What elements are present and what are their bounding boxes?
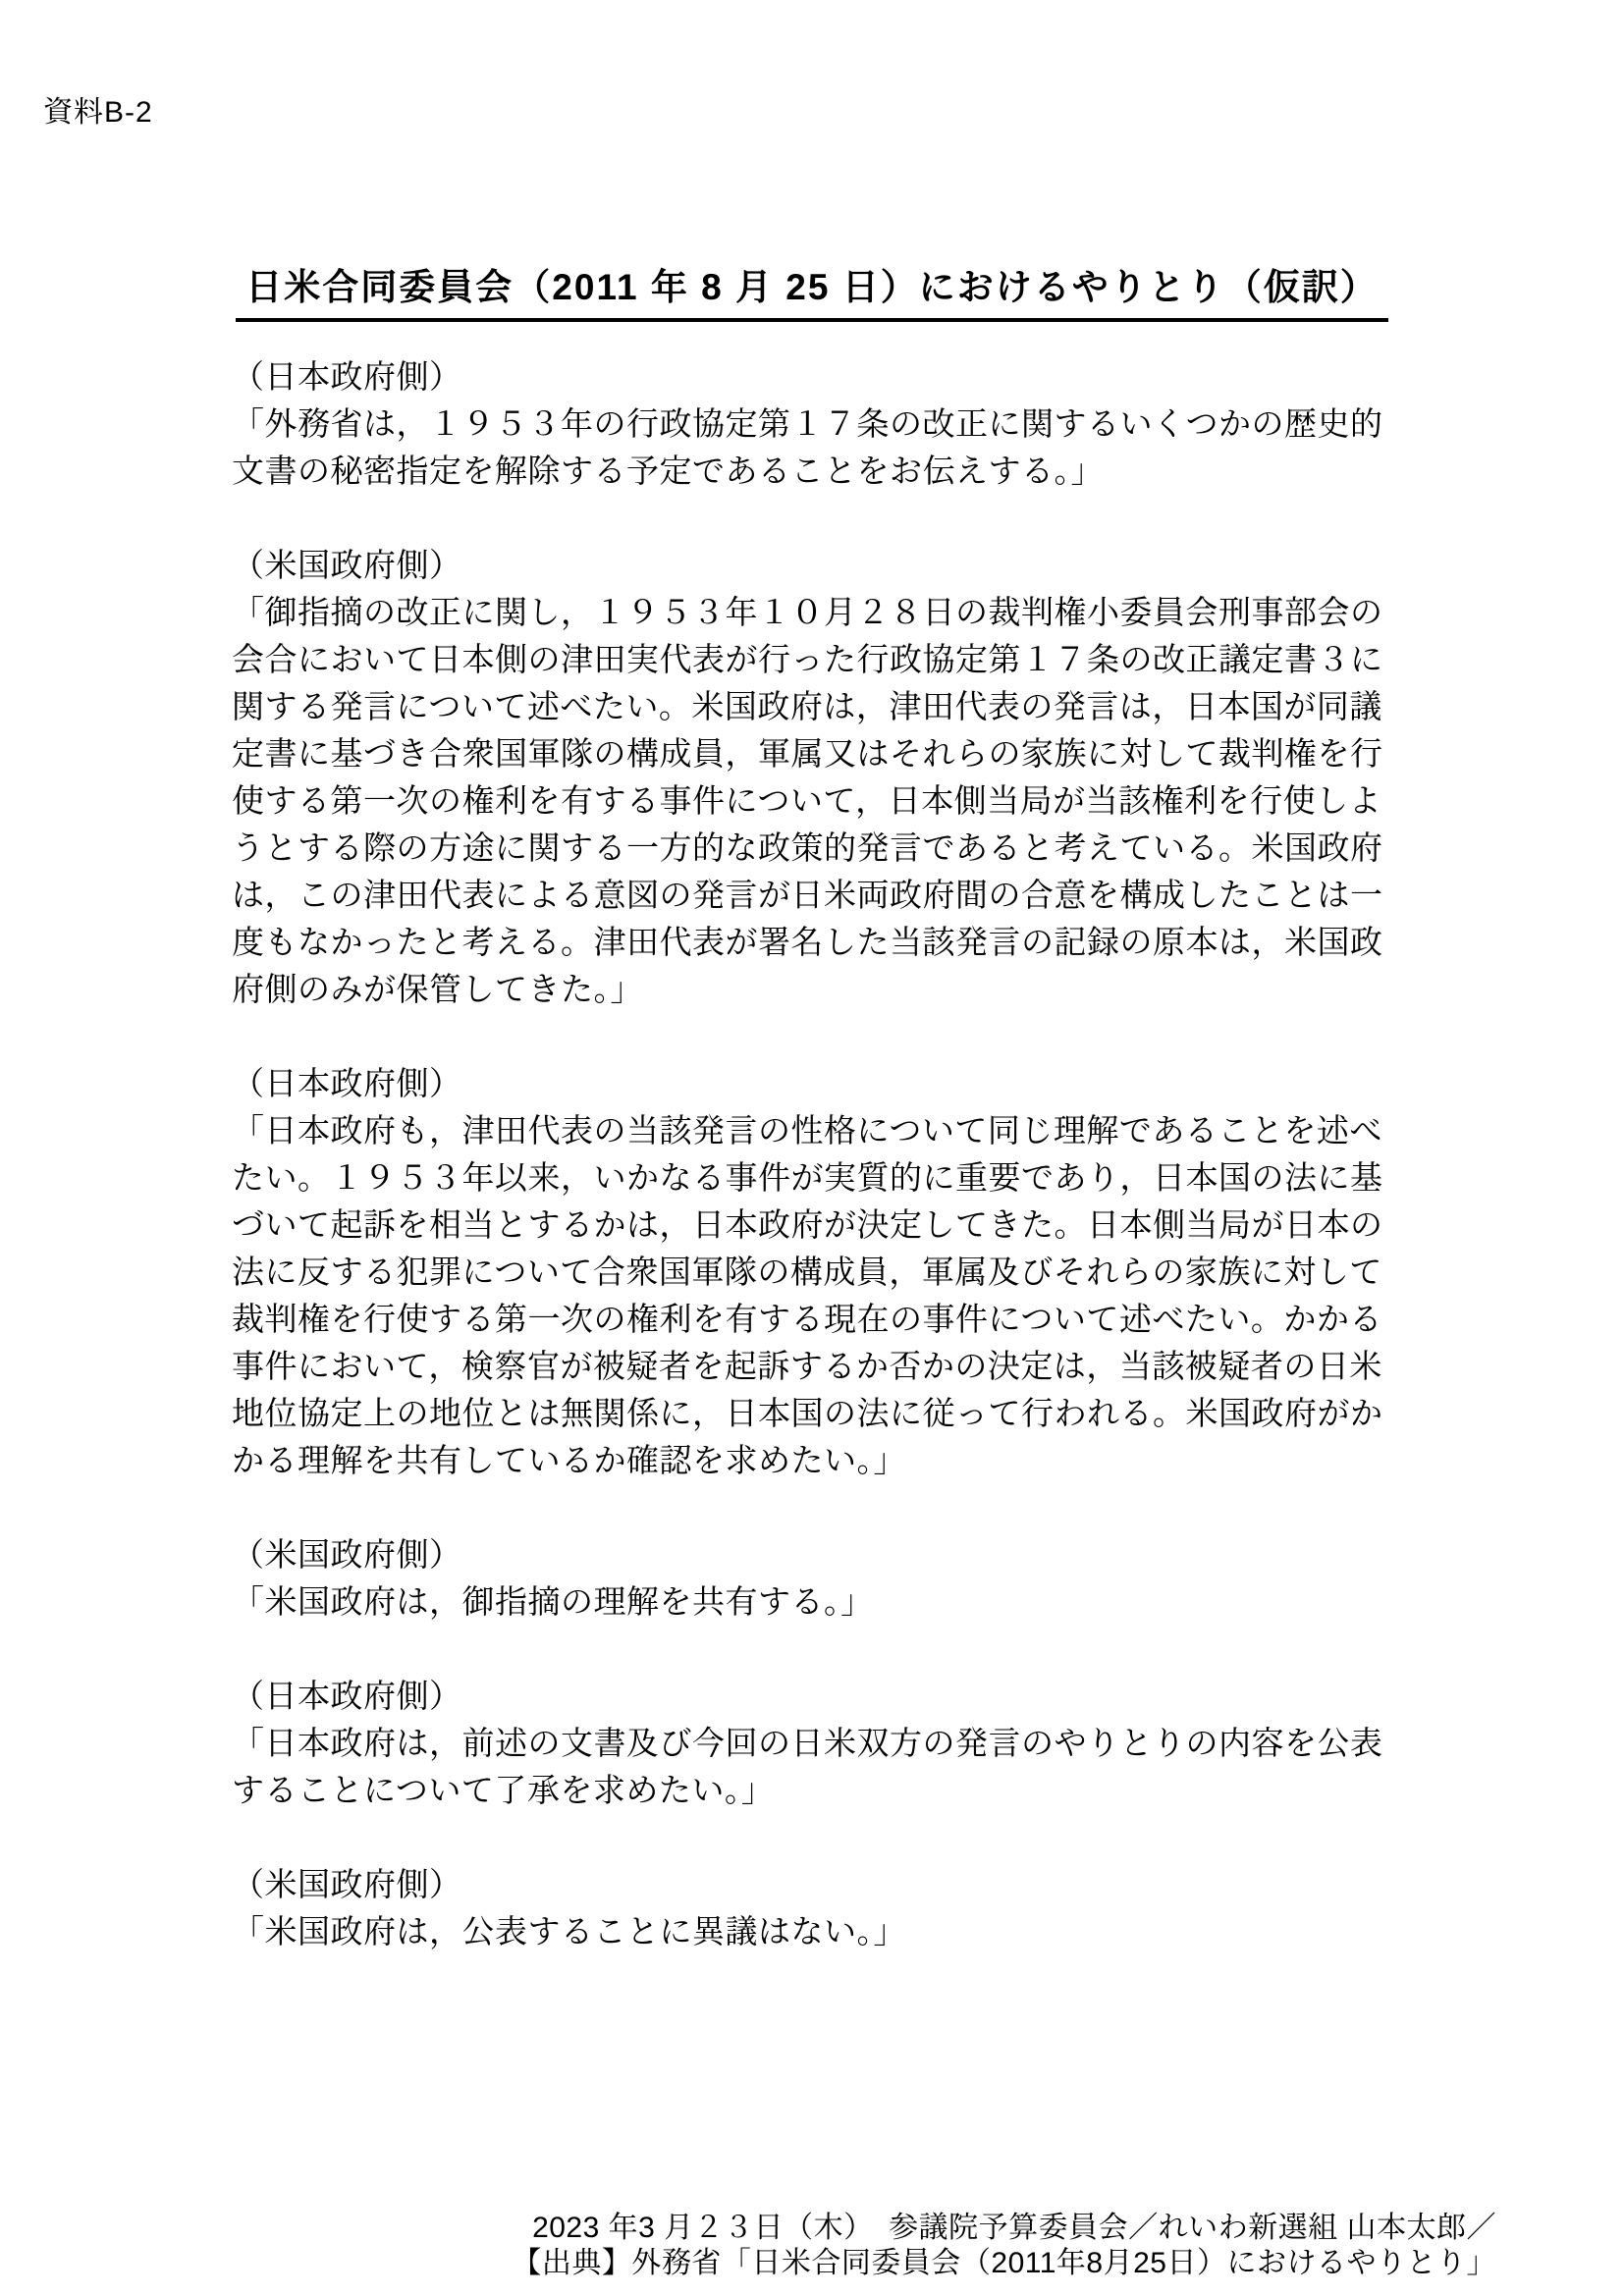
paragraph-line: 使する第一次の権利を有する事件について，日本側当局が当該権利を行使しよ bbox=[232, 777, 1383, 825]
paragraph-line: づいて起訴を相当とするかは，日本政府が決定してきた。日本側当局が日本の bbox=[232, 1201, 1383, 1249]
statement-section-japan-3: （日本政府側） 「日本政府は，前述の文書及び今回の日米双方の発言のやりとりの内容… bbox=[232, 1673, 1383, 1814]
paragraph-line: たい。１９５３年以来，いかなる事件が実質的に重要であり，日本国の法に基 bbox=[232, 1154, 1383, 1201]
paragraph-line: かる理解を共有しているか確認を求めたい。」 bbox=[232, 1437, 1383, 1484]
footer-source-line: 【出典】外務省「日米合同委員会（2011年8月25日）におけるやりとり」 bbox=[512, 2246, 1496, 2281]
paragraph-line: 裁判権を行使する第一次の権利を有する現在の事件について述べたい。かかる bbox=[232, 1296, 1383, 1343]
paragraph-line: 会合において日本側の津田実代表が行った行政協定第１７条の改正議定書３に bbox=[232, 636, 1383, 683]
paragraph-line: 法に反する犯罪について合衆国軍隊の構成員，軍属及びそれらの家族に対して bbox=[232, 1249, 1383, 1296]
statement-section-us-1: （米国政府側） 「御指摘の改正に関し，１９５３年１０月２８日の裁判権小委員会刑事… bbox=[232, 542, 1383, 1013]
paragraph-line: は，この津田代表による意図の発言が日米両政府間の合意を構成したことは一 bbox=[232, 872, 1383, 919]
footer-citation: 2023 年3 月２３日（木） 参議院予算委員会／れいわ新選組 山本太郎／ 【出… bbox=[512, 2211, 1496, 2281]
paragraph-line: 定書に基づき合衆国軍隊の構成員，軍属又はそれらの家族に対して裁判権を行 bbox=[232, 730, 1383, 777]
speaker-label: （日本政府側） bbox=[232, 1060, 1383, 1107]
speaker-label: （米国政府側） bbox=[232, 542, 1383, 589]
paragraph-line: 度もなかったと考える。津田代表が署名した当該発言の記録の原本は，米国政 bbox=[232, 919, 1383, 966]
paragraph-line: 事件において，検察官が被疑者を起訴するか否かの決定は，当該被疑者の日米 bbox=[232, 1343, 1383, 1390]
statement-section-us-3: （米国政府側） 「米国政府は，公表することに異議はない。」 bbox=[232, 1861, 1383, 1955]
footer-session-line: 2023 年3 月２３日（木） 参議院予算委員会／れいわ新選組 山本太郎／ bbox=[512, 2211, 1496, 2246]
speaker-label: （米国政府側） bbox=[232, 1531, 1383, 1578]
paragraph-line: 府側のみが保管してきた。」 bbox=[232, 966, 1383, 1013]
paragraph-line: 「米国政府は，公表することに異議はない。」 bbox=[232, 1908, 1383, 1955]
statement-section-us-2: （米国政府側） 「米国政府は，御指摘の理解を共有する。」 bbox=[232, 1531, 1383, 1626]
doc-reference-label: 資料B-2 bbox=[43, 94, 153, 132]
paragraph-line: 「日本政府も，津田代表の当該発言の性格について同じ理解であることを述べ bbox=[232, 1107, 1383, 1154]
page-title: 日米合同委員会（2011 年 8 月 25 日）におけるやりとり（仮訳） bbox=[236, 257, 1387, 322]
paragraph-line: 関する発言について述べたい。米国政府は，津田代表の発言は，日本国が同議 bbox=[232, 683, 1383, 730]
statement-section-japan-1: （日本政府側） 「外務省は，１９５３年の行政協定第１７条の改正に関するいくつかの… bbox=[232, 353, 1383, 495]
paragraph-line: 文書の秘密指定を解除する予定であることをお伝えする。」 bbox=[232, 448, 1383, 495]
paragraph-line: することについて了承を求めたい。」 bbox=[232, 1767, 1383, 1814]
paragraph-line: 地位協定上の地位とは無関係に，日本国の法に従って行われる。米国政府がか bbox=[232, 1390, 1383, 1437]
paragraph-line: 「米国政府は，御指摘の理解を共有する。」 bbox=[232, 1578, 1383, 1626]
speaker-label: （日本政府側） bbox=[232, 1673, 1383, 1720]
statement-section-japan-2: （日本政府側） 「日本政府も，津田代表の当該発言の性格について同じ理解であること… bbox=[232, 1060, 1383, 1484]
paragraph-line: 「外務省は，１９５３年の行政協定第１７条の改正に関するいくつかの歴史的 bbox=[232, 400, 1383, 448]
paragraph-line: うとする際の方途に関する一方的な政策的発言であると考えている。米国政府 bbox=[232, 825, 1383, 872]
speaker-label: （日本政府側） bbox=[232, 353, 1383, 400]
paragraph-line: 「御指摘の改正に関し，１９５３年１０月２８日の裁判権小委員会刑事部会の bbox=[232, 589, 1383, 636]
document-page: 資料B-2 日米合同委員会（2011 年 8 月 25 日）におけるやりとり（仮… bbox=[0, 0, 1624, 2296]
speaker-label: （米国政府側） bbox=[232, 1861, 1383, 1908]
paragraph-line: 「日本政府は，前述の文書及び今回の日米双方の発言のやりとりの内容を公表 bbox=[232, 1720, 1383, 1767]
document-body: （日本政府側） 「外務省は，１９５３年の行政協定第１７条の改正に関するいくつかの… bbox=[232, 353, 1383, 2002]
title-row: 日米合同委員会（2011 年 8 月 25 日）におけるやりとり（仮訳） bbox=[0, 257, 1624, 322]
